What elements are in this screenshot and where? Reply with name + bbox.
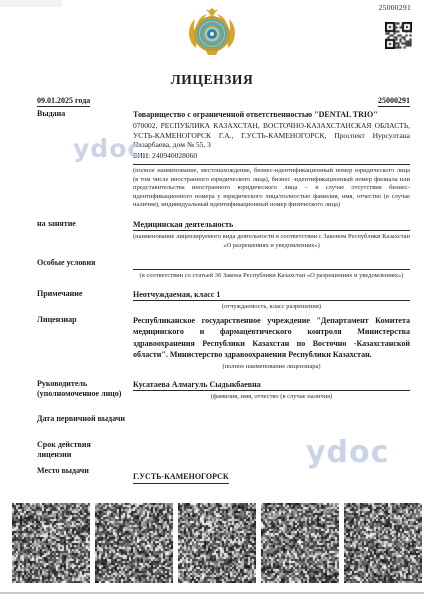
field-special-conditions: Особые условия (в соответствии со статье… [37, 258, 410, 280]
field-note: Примечание Неотчуждаемая, класс 1 (отчуж… [37, 289, 410, 311]
field-head: Руководитель (уполномоченное лицо) Кусат… [37, 379, 410, 401]
licensor-caption: (полное наименование лицензиара) [133, 363, 410, 371]
license-number: 25000291 [378, 96, 410, 107]
license-document: { "header": { "doc_number_top": "2500029… [0, 0, 424, 600]
datamatrix-code [344, 503, 422, 583]
barcode-strip [12, 503, 424, 583]
head-label: Руководитель (уполномоченное лицо) [37, 379, 133, 401]
field-activity: на занятие Медицинская деятельность (наи… [37, 219, 410, 250]
activity-value: Медицинская деятельность [133, 219, 410, 231]
licensee-bin: БИН: 240940028060 [133, 151, 410, 161]
field-validity-period: Срок действия лицензии [37, 440, 410, 460]
head-value: Кусатаева Алмагуль Сыдыкбаевна [133, 379, 410, 391]
issued-to-label: Выдана [37, 109, 133, 209]
issue-date: 09.01.2025 года [37, 96, 90, 107]
licensee-name: Товарищество с ограниченной ответственно… [133, 109, 410, 120]
empty-value-line [133, 258, 410, 270]
document-number-top: 25000291 [379, 3, 411, 12]
page-title: ЛИЦЕНЗИЯ [0, 72, 424, 88]
activity-label: на занятие [37, 219, 133, 250]
note-caption: (отчуждаемость, класс разрешения) [133, 303, 410, 311]
license-fields: Выдана Товарищество с ограниченной ответ… [37, 109, 410, 484]
note-value: Неотчуждаемая, класс 1 [133, 289, 410, 301]
first-issue-date-label: Дата первичной выдачи [37, 414, 147, 424]
datamatrix-code [95, 503, 173, 583]
datamatrix-code [12, 503, 90, 583]
page-bottom-edge [0, 592, 424, 594]
licensor-value: Республиканское государственное учрежден… [133, 315, 410, 361]
kazakhstan-emblem-icon [186, 7, 238, 58]
special-conditions-label: Особые условия [37, 258, 133, 280]
note-label: Примечание [37, 289, 133, 311]
field-first-issue-date: Дата первичной выдачи [37, 414, 410, 424]
datamatrix-code [178, 503, 256, 583]
place-of-issue-label: Место выдачи [37, 466, 133, 484]
licensee-address: 070002, РЕСПУБЛИКА КАЗАХСТАН, ВОСТОЧНО-К… [133, 121, 410, 150]
datamatrix-code [261, 503, 339, 583]
date-number-row: 09.01.2025 года 25000291 [37, 96, 410, 107]
head-caption: (фамилия, имя, отчество (в случае наличи… [133, 393, 410, 401]
activity-caption: (наименование лицензируемого вида деятел… [133, 233, 410, 250]
place-of-issue-value: Г.УСТЬ-КАМЕНОГОРСК [133, 471, 229, 484]
field-licensor: Лицензиар Республиканское государственно… [37, 315, 410, 371]
field-underline [133, 164, 410, 165]
field-place-of-issue: Место выдачи Г.УСТЬ-КАМЕНОГОРСК [37, 466, 410, 484]
special-conditions-caption: (в соответствии со статьей 36 Закона Рес… [133, 272, 410, 280]
field-issued-to: Выдана Товарищество с ограниченной ответ… [37, 109, 410, 209]
licensor-label: Лицензиар [37, 315, 133, 371]
issued-to-caption: (полное наименование, местонахождение, б… [133, 167, 410, 209]
scan-edge-artifact [0, 0, 62, 7]
validity-period-label: Срок действия лицензии [37, 440, 133, 460]
qr-code [385, 22, 412, 49]
